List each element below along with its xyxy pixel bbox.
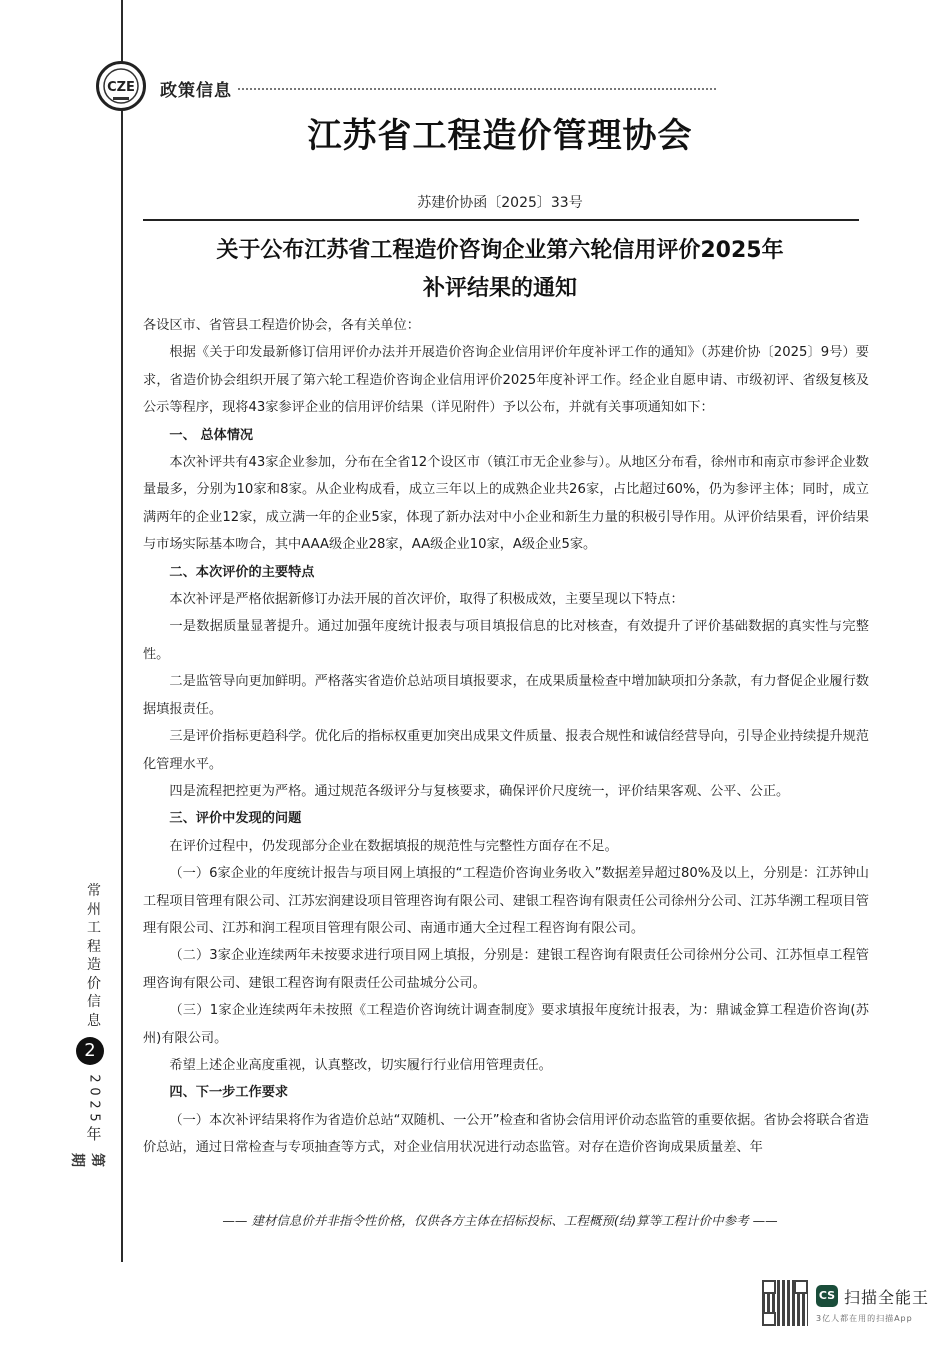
header-rule [143,219,859,221]
organization-title: 江苏省工程造价管理协会 [0,108,950,157]
intro-paragraph: 根据《关于印发最新修订信用评价办法并开展造价咨询企业信用评价年度补评工作的通知》… [143,339,869,421]
salutation: 各设区市、省管县工程造价协会，各有关单位： [143,312,869,339]
journal-char: 信 [82,993,106,1012]
scanner-watermark: CS 扫描全能王 3亿人都在用的扫描App [760,1280,940,1330]
journal-char: 造 [82,956,106,975]
journal-char: 州 [82,901,106,920]
notice-title-line2: 补评结果的通知 [50,270,950,308]
year-vertical: 2 0 2 5 年 [84,1072,104,1141]
paragraph: 四是流程把控更为严格。通过规范各级评分与复核要求，确保评价尺度统一，评价结果客观… [143,778,869,805]
journal-char: 价 [82,975,106,994]
paragraph: （二）3家企业连续两年未按要求进行项目网上填报，分别是：建银工程咨询有限责任公司… [143,942,869,997]
qr-finder-pattern [794,1280,808,1294]
paragraph: （一）本次补评结果将作为省造价总站“双随机、一公开”检查和省协会信用评价动态监管… [143,1107,869,1162]
section-heading: 四、下一步工作要求 [143,1079,869,1106]
section-heading: 二、本次评价的主要特点 [143,559,869,586]
journal-name-vertical: 常 州 工 程 造 价 信 息 [82,882,106,1030]
scanner-app-name: 扫描全能王 [844,1285,929,1308]
paragraph: （三）1家企业连续两年未按照《工程造价咨询统计调查制度》要求填报年度统计报表，为… [143,997,869,1052]
paragraph: 本次补评共有43家企业参加，分布在全省12个设区市（镇江市无企业参与）。从地区分… [143,449,869,559]
section-heading: 三、评价中发现的问题 [143,805,869,832]
paragraph: 希望上述企业高度重视，认真整改，切实履行行业信用管理责任。 [143,1052,869,1079]
paragraph: 一是数据质量显著提升。通过加强年度统计报表与项目填报信息的比对核查，有效提升了评… [143,613,869,668]
camscanner-logo-icon: CS [816,1285,838,1307]
journal-char: 息 [82,1012,106,1031]
year-digit: 5 [88,1108,101,1128]
header-dotted-divider [238,88,716,90]
notice-body: 各设区市、省管县工程造价协会，各有关单位： 根据《关于印发最新修订信用评价办法并… [143,312,869,1162]
issue-label: 第期 [84,1148,108,1172]
year-suffix: 年 [84,1128,104,1141]
footer-disclaimer: —— 建材信息价并非指令性价格，仅供各方主体在招标投标、工程概预(结)算等工程计… [0,1211,950,1229]
document-number: 苏建价协函〔2025〕33号 [0,192,950,212]
binding-margin-line [121,0,123,1262]
paragraph: 在评价过程中，仍发现部分企业在数据填报的规范性与完整性方面存在不足。 [143,833,869,860]
paragraph: 二是监管导向更加鲜明。严格落实省造价总站项目填报要求，在成果质量检查中增加缺项扣… [143,668,869,723]
qr-code-icon [762,1280,808,1326]
notice-title-line1: 关于公布江苏省工程造价咨询企业第六轮信用评价2025年 [50,232,950,270]
notice-title: 关于公布江苏省工程造价咨询企业第六轮信用评价2025年 补评结果的通知 [0,232,950,308]
journal-char: 常 [82,882,106,901]
section-heading: 一、 总体情况 [143,422,869,449]
scanner-slogan: 3亿人都在用的扫描App [816,1313,913,1324]
qr-finder-pattern [762,1280,776,1294]
section-tag: 政策信息 [160,76,232,101]
paragraph: 三是评价指标更趋科学。优化后的指标权重更加突出成果文件质量、报表合规性和诚信经营… [143,723,869,778]
journal-char: 工 [82,919,106,938]
paragraph: 本次补评是严格依据新修订办法开展的首次评价，取得了积极成效，主要呈现以下特点： [143,586,869,613]
issue-number-badge: 2 [76,1037,104,1065]
journal-char: 程 [82,938,106,957]
paragraph: （一）6家企业的年度统计报告与项目网上填报的“工程造价咨询业务收入”数据差异超过… [143,860,869,942]
association-seal-icon: CZE [96,61,146,111]
qr-finder-pattern [762,1312,776,1326]
svg-text:CZE: CZE [107,80,135,95]
